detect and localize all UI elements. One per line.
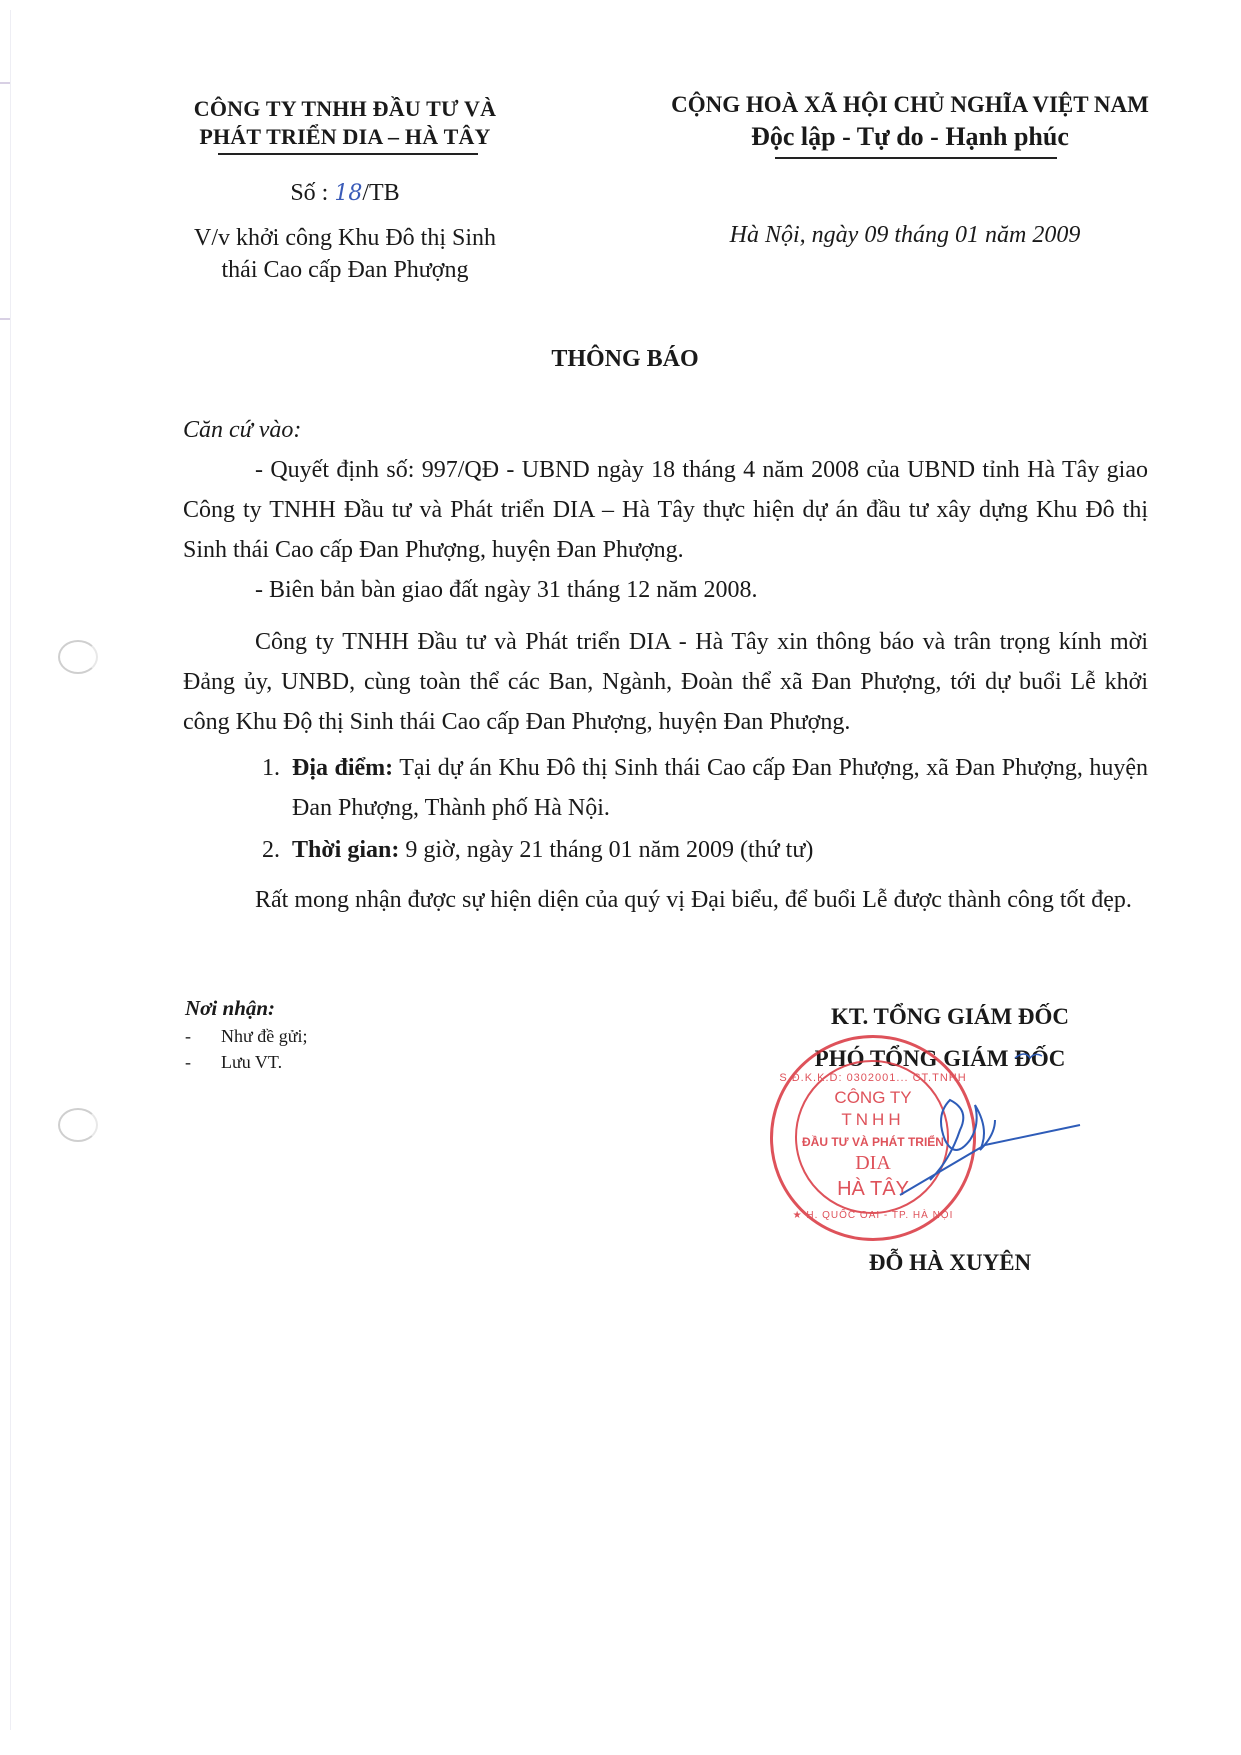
document-title: THÔNG BÁO [440, 346, 810, 373]
scan-mark [0, 318, 10, 320]
detail-label: Thời gian: [292, 837, 399, 863]
handwritten-number: 18 [334, 181, 362, 206]
basis-item-decision: - Quyết định số: 997/QĐ - UBND ngày 18 t… [183, 450, 1148, 570]
subject-line1: V/v khởi công Khu Đô thị Sinh [160, 222, 530, 254]
recipients-heading: Nơi nhận: [185, 996, 308, 1021]
basis-heading: Căn cứ vào: [183, 410, 301, 450]
detail-time: 2. Thời gian: 9 giờ, ngày 21 tháng 01 nă… [250, 830, 1148, 870]
signer-name: ĐỖ HÀ XUYÊN [800, 1250, 1100, 1276]
detail-body: Thời gian: 9 giờ, ngày 21 tháng 01 năm 2… [292, 830, 1148, 870]
scan-edge-line [10, 10, 11, 1730]
issuing-organization: CÔNG TY TNHH ĐẦU TƯ VÀ PHÁT TRIỂN DIA – … [160, 96, 530, 150]
recipient-text: Lưu VT. [221, 1052, 282, 1072]
detail-body: Địa điểm: Tại dự án Khu Đô thị Sinh thái… [292, 748, 1148, 828]
org-name-line2: PHÁT TRIỂN DIA – HÀ TÂY [160, 124, 530, 150]
detail-text: Tại dự án Khu Đô thị Sinh thái Cao cấp Đ… [292, 755, 1148, 821]
number-suffix: /TB [362, 180, 399, 206]
national-motto: Độc lập - Tự do - Hạnh phúc [640, 122, 1180, 152]
recipient-item: -Như đề gửi; [185, 1023, 308, 1049]
subject-line2: thái Cao cấp Đan Phượng [160, 254, 530, 286]
punch-hole-icon [58, 640, 98, 674]
nation-name: CỘNG HOÀ XÃ HỘI CHỦ NGHĨA VIỆT NAM [640, 92, 1180, 118]
national-heading: CỘNG HOÀ XÃ HỘI CHỦ NGHĨA VIỆT NAM Độc l… [640, 92, 1180, 152]
closing-paragraph: Rất mong nhận được sự hiện diện của quý … [183, 880, 1148, 920]
invitation-paragraph: Công ty TNHH Đầu tư và Phát triển DIA - … [183, 622, 1148, 742]
number-prefix: Số : [290, 180, 334, 206]
place-date: Hà Nội, ngày 09 tháng 01 năm 2009 [680, 222, 1130, 249]
org-name-line1: CÔNG TY TNHH ĐẦU TƯ VÀ [160, 96, 530, 122]
detail-location: 1. Địa điểm: Tại dự án Khu Đô thị Sinh t… [250, 748, 1148, 828]
document-number: Số : 18/TB [160, 180, 530, 207]
org-underline [218, 153, 478, 155]
detail-label: Địa điểm: [292, 755, 393, 781]
basis-item-handover: - Biên bản bàn giao đất ngày 31 tháng 12… [255, 570, 758, 610]
recipient-item: -Lưu VT. [185, 1049, 308, 1075]
document-subject: V/v khởi công Khu Đô thị Sinh thái Cao c… [160, 222, 530, 286]
motto-underline [775, 157, 1057, 159]
detail-number: 1. [262, 748, 280, 788]
scan-mark [0, 82, 10, 84]
handwritten-signature-icon [780, 1020, 1100, 1220]
detail-text: 9 giờ, ngày 21 tháng 01 năm 2009 (thứ tư… [399, 837, 813, 863]
recipients-block: Nơi nhận: -Như đề gửi; -Lưu VT. [185, 996, 308, 1075]
punch-hole-icon [58, 1108, 98, 1142]
detail-number: 2. [262, 830, 280, 870]
recipient-text: Như đề gửi; [221, 1026, 308, 1046]
